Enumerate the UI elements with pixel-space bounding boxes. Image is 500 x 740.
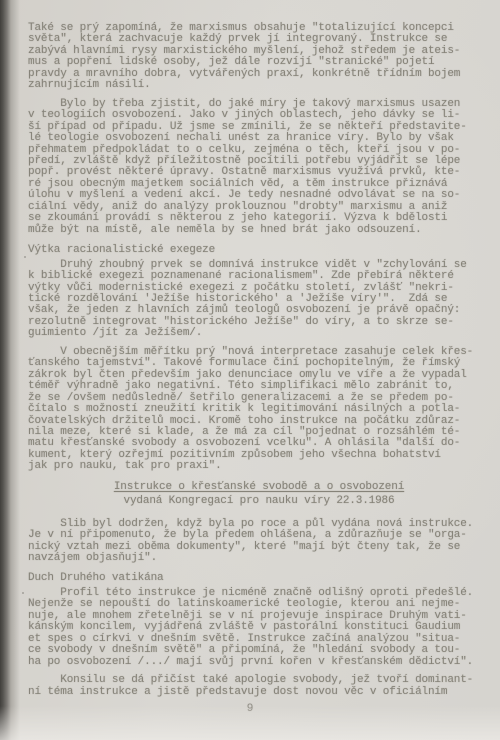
- paragraph-marxism-totalizing: Také se prý zapomíná, že marxismus obsah…: [28, 23, 490, 92]
- document-title: Instrukce o křesťanské svobodě a o osvob…: [114, 481, 404, 493]
- document-body: Také se prý zapomíná, že marxismus obsah…: [28, 23, 490, 705]
- paragraph-marxism-in-theology: Bylo by třeba zjistit, do jaké míry je t…: [28, 99, 490, 236]
- scanned-document-page: Také se prý zapomíná, že marxismus obsah…: [0, 0, 500, 740]
- paragraph-promise-kept: Slib byl dodržen, když byla po roce a pů…: [28, 519, 490, 565]
- paragraph-apology-of-freedom: Konsilu se dá přičíst také apologie svob…: [28, 675, 490, 698]
- document-subtitle: vydaná Kongregací pro nauku víry 22.3.19…: [28, 496, 490, 507]
- section-heading-spirit-of-vatican-ii: Duch Druhého vatikána: [28, 573, 490, 584]
- scan-speck: [22, 592, 24, 594]
- document-title-line: Instrukce o křesťanské svobodě a o osvob…: [28, 482, 490, 493]
- section-heading-rationalist-exegesis: Výtka racionalistické exegeze: [28, 245, 490, 256]
- scan-bottom-fade: [0, 706, 500, 740]
- paragraph-instruction-profile: Profil této instrukce je nicméně značně …: [28, 588, 490, 668]
- scan-gutter-shadow: [0, 0, 20, 740]
- scan-speck: [24, 256, 26, 258]
- paragraph-second-harmful-element: Druhý zhoubný prvek se domnívá instrukce…: [28, 260, 490, 340]
- paragraph-new-interpretation: V obecnějším měřítku prý "nová interpret…: [28, 347, 490, 473]
